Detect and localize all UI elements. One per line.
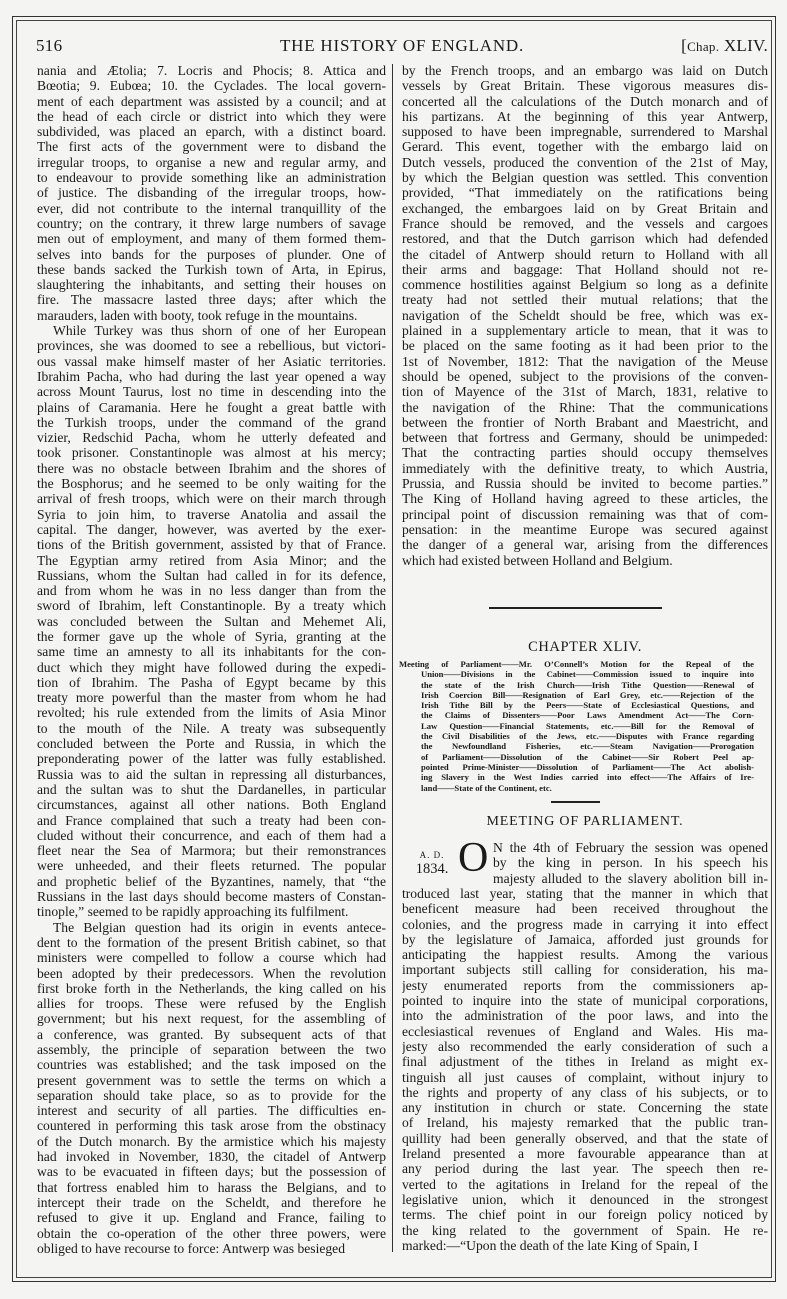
text-line: intercept their trade on the Scheldt, an… [37,1195,386,1210]
text-line: The King of Holland having agreed to the… [402,491,768,506]
synopsis-line: Meeting of Parliament——Mr. O’Connell’s M… [399,659,754,669]
opening-line: jesty enumerated reports from the commis… [402,978,768,993]
text-line: concluded between the Porte and Russia, … [37,736,386,751]
left-column: nania and Ætolia; 7. Locris and Phocis; … [37,63,386,1256]
text-line: a conference, was granted. By subsequent… [37,1027,386,1042]
text-line: plained in a supplementary article to me… [402,323,768,338]
synopsis-line: the Newfoundland Fisheries, etc.——Steam … [399,741,754,751]
chapter-reference-label: Chap. [687,39,719,54]
text-line: refused to give it up. England and Franc… [37,1210,386,1225]
text-line: preponderating power of the latter was f… [37,751,386,766]
opening-line: by the legislature of Jamaica, afforded … [402,932,768,947]
opening-line: terms. The chief point in our foreign po… [402,1207,768,1222]
text-line: dent to the formation of the present Bri… [37,935,386,950]
text-line: selves into bands for the purposes of pl… [37,247,386,262]
text-line: assembly, the principle of separation be… [37,1042,386,1057]
text-line: arrival of fresh troops, which were on t… [37,491,386,506]
text-line: be placed on the same footing as it had … [402,338,768,353]
opening-line: beneficent measure had been received thr… [402,901,768,916]
text-line: supposed to have been impregnable, surre… [402,124,768,139]
text-line: Prussia, and Russia should be invited to… [402,476,768,491]
text-line: was concluded between the Sultan and Meh… [37,614,386,629]
text-line: The first acts of the government were to… [37,139,386,154]
text-line: present government was to settle the ter… [37,1073,386,1088]
text-line: of justice. The disbanding of the irregu… [37,185,386,200]
synopsis-line: the state of the Irish Church——Irish Tit… [399,680,754,690]
text-line: treaty more powerful than the master fro… [37,690,386,705]
opening-line: marked:—“Upon the death of the late King… [402,1238,768,1253]
text-line: provided, “That immediately on the ratif… [402,185,768,200]
opening-line: any institution in church or state. Conc… [402,1100,768,1115]
paragraph: While Turkey was thus shorn of one of he… [37,323,386,920]
text-line: the Bosphorus; and he seemed to be only … [37,476,386,491]
text-line: his partizans. At the beginning of this … [402,109,768,124]
text-line: was to be evacuated in fifteen days; but… [37,1164,386,1179]
text-line: men out of employment, and many of them … [37,231,386,246]
chapter-reference: [Chap. XLIV. [681,36,768,56]
text-line: cluded without their concurrence, and ea… [37,828,386,843]
text-line: the head of each circle or district into… [37,109,386,124]
opening-lines-beside-dropcap: N the 4th of February the session was op… [493,840,768,886]
chapter-reference-number: XLIV. [719,36,768,55]
text-line: commence hostilities against Belgium so … [402,277,768,292]
opening-line: any period during the last year. The spe… [402,1161,768,1176]
opening-line: quillity had been generally observed, an… [402,1131,768,1146]
synopsis-line: ing Slavery in the West Indies carried i… [399,772,754,782]
margin-date-note: A. D. 1834. [412,848,452,876]
text-line: the Turkish troops, under the command of… [37,415,386,430]
opening-line: anticipating the happiest results. Among… [402,947,768,962]
text-line: Russians, whom the Sultan had called in … [37,568,386,583]
text-line: across Mount Taurus, lost no time in des… [37,384,386,399]
text-line: took prisoner. Constantinople was almost… [37,445,386,460]
text-line: obliged to have recourse to force: Antwe… [37,1241,386,1256]
paragraph: by the French troops, and an embargo was… [402,63,768,568]
opening-line: by the king in person. In his speech his [493,855,768,870]
text-line: While Turkey was thus shorn of one of he… [37,323,386,338]
opening-line: ecclesiastical revenues of England and W… [402,1024,768,1039]
text-line: vessels by Great Britain. These vigorous… [402,78,768,93]
text-line: restored, and that the Dutch garrison wh… [402,231,768,246]
text-line: provinces, she was doomed to see a rebel… [37,338,386,353]
text-line: marauders, laden with booty, took refuge… [37,308,386,323]
synopsis-line: Union——Divisions in the Cabinet——Commiss… [399,669,754,679]
text-line: The Egyptian army retired from Asia Mino… [37,553,386,568]
text-line: immediately with the definitive treaty, … [402,461,768,476]
text-line: pensation: in the meantime Europe was se… [402,522,768,537]
text-line: fire. The massacre lasted three days; af… [37,292,386,307]
text-line: treaty had not settled their mutual rela… [402,292,768,307]
text-line: duct which they might have followed duri… [37,660,386,675]
opening-line: colonies, and the progress made in carry… [402,917,768,932]
column-divider [392,64,393,1252]
text-line: should be opened, subject to the provisi… [402,369,768,384]
text-line: government; but his next request, for th… [37,1011,386,1026]
synopsis-end-rule [551,801,600,803]
margin-date-year: 1834. [412,862,452,876]
synopsis-line: the Claims of Dissenters——Poor Laws Amen… [399,710,754,720]
text-line: 1st of November, 1812: That the navigati… [402,354,768,369]
text-line: that fortress enabled him to harass the … [37,1180,386,1195]
text-line: Bœotia; 9. Eubœa; 10. the Cyclades. The … [37,78,386,93]
text-line: subdivided, was placed an eparch, with a… [37,124,386,139]
margin-date-era: A. D. [412,848,452,862]
text-line: Ibrahim Pacha, who had during the last y… [37,369,386,384]
text-line: The Belgian question had its origin in e… [37,920,386,935]
text-line: Russians in the last days should become … [37,889,386,904]
text-line: which had existed between Holland and Be… [402,553,768,568]
text-line: ever, did not contribute to the internal… [37,201,386,216]
text-line: were unheeded, and their fleets returned… [37,858,386,873]
text-line: sword of Ibrahim, left Constantinople. B… [37,598,386,613]
opening-line: pointed to inquire into the state of mun… [402,993,768,1008]
text-line: by the French troops, and an embargo was… [402,63,768,78]
text-line: capital. The danger, however, was averte… [37,522,386,537]
paragraph: nania and Ætolia; 7. Locris and Phocis; … [37,63,386,323]
opening-line: troduced last year, stating that the man… [402,886,768,901]
text-line: ministers were compelled to follow a cou… [37,950,386,965]
text-line: slaughtering the inhabitants, and settin… [37,277,386,292]
text-line: first broke forth in the Netherlands, th… [37,981,386,996]
text-line: Gerard. This event, together with the em… [402,139,768,154]
drop-cap: O [458,838,488,878]
text-line: tinople,” seemed to be rapidly approachi… [37,904,386,919]
chapter-title: CHAPTER XLIV. [402,639,768,656]
synopsis-line: land——State of the Continent, etc. [399,783,754,793]
text-line: to endeavour to provide something like a… [37,170,386,185]
text-line: navigation of the Scheldt should be free… [402,308,768,323]
opening-line: final adjustment of the tithes in Irelan… [402,1054,768,1069]
section-title: MEETING OF PARLIAMENT. [402,814,768,830]
text-line: the navigation of the Rhine: That the co… [402,400,768,415]
right-column: by the French troops, and an embargo was… [402,63,768,568]
synopsis-line: the Civil Disabilities of the Jews, etc.… [399,731,754,741]
text-line: separation should take place, so as to p… [37,1088,386,1103]
text-line: there was no obstacle between Ibrahim an… [37,461,386,476]
text-line: and from whom he was in no less danger t… [37,583,386,598]
text-line: been adopted by their predecessors. When… [37,966,386,981]
text-line: and France complained that such a treaty… [37,813,386,828]
text-line: revolted; his rule extended from the lim… [37,705,386,720]
text-line: these bands sacked the Turkish town of A… [37,262,386,277]
opening-line: the king related to the government of Sp… [402,1223,768,1238]
text-line: ous vassal make himself master of her As… [37,354,386,369]
text-line: the former gave up the whole of Syria, g… [37,629,386,644]
section-break-rule [489,607,662,609]
text-line: exchanged, the embargoes laid on by Grea… [402,201,768,216]
opening-line: Ireland presented a more favourable appe… [402,1146,768,1161]
text-line: between the frontier of North Brabant an… [402,415,768,430]
synopsis-line: of Parliament——Dissolution of the Cabine… [399,752,754,762]
opening-line: the rights and property of any class of … [402,1085,768,1100]
text-line: ment of each department was assisted by … [37,94,386,109]
text-line: France should be removed, and the vessel… [402,216,768,231]
opening-line: majesty alluded to the slavery abolition… [493,871,768,886]
text-line: nania and Ætolia; 7. Locris and Phocis; … [37,63,386,78]
synopsis-line: pointed Prime-Minister——Dissolution of P… [399,762,754,772]
text-line: country; on the contrary, it threw large… [37,216,386,231]
opening-line: important subjects still calling for con… [402,962,768,977]
text-line: obtain the co-operation of the other thr… [37,1226,386,1241]
text-line: Russia was to aid the sultan in repressi… [37,767,386,782]
text-line: Syria to join him, to traverse Anatolia … [37,507,386,522]
text-line: and the sultan was to shut the Dardanell… [37,782,386,797]
text-line: the danger of a general war, arising fro… [402,537,768,552]
text-line: countered in performing this task arose … [37,1118,386,1133]
synopsis-line: Law Question——Financial Statements, etc.… [399,721,754,731]
opening-line: of Ireland, his majesty remarked that th… [402,1115,768,1130]
text-line: allies for troops. These were refused by… [37,996,386,1011]
running-title: THE HISTORY OF ENGLAND. [36,36,768,56]
text-line: Dutch vessels, produced the convention o… [402,155,768,170]
paragraph: The Belgian question had its origin in e… [37,920,386,1257]
text-line: by which the Belgian question was settle… [402,170,768,185]
text-line: their arms and baggage: That Holland sho… [402,262,768,277]
opening-line: verted to the agitations in Ireland for … [402,1177,768,1192]
text-line: circumstances, against all other nations… [37,797,386,812]
chapter-synopsis: Meeting of Parliament——Mr. O’Connell’s M… [399,659,754,793]
text-line: principal point of discussion remaining … [402,507,768,522]
text-line: and prophetic belief of the Byzantines, … [37,874,386,889]
opening-lines-full: troduced last year, stating that the man… [402,886,768,1253]
text-line: tion of Mayence of the 31st of March, 18… [402,384,768,399]
synopsis-line: Irish Tithe Bill by the Peers——State of … [399,700,754,710]
running-header: 516 THE HISTORY OF ENGLAND. [Chap. XLIV. [36,36,768,58]
text-line: vizier, Redschid Pacha, whom he utterly … [37,430,386,445]
text-line: the citadel of Antwerp should return to … [402,247,768,262]
opening-line: N the 4th of February the session was op… [493,840,768,855]
text-line: tion of Ibrahim. The Pasha of Egypt beca… [37,675,386,690]
text-line: concerted all the calculations of the Du… [402,94,768,109]
text-line: That the contracting parties should occu… [402,445,768,460]
text-line: between that fortress and Germany, shoul… [402,430,768,445]
text-line: countries was established; and the task … [37,1057,386,1072]
text-line: irregular troops, to organise a new and … [37,155,386,170]
text-line: interest and security of all parties. Th… [37,1103,386,1118]
text-line: of the Dutch monarch. By the armistice w… [37,1134,386,1149]
opening-line: legislative union, which it denounced in… [402,1192,768,1207]
opening-line: jesty also recommended the early conside… [402,1039,768,1054]
text-line: to the mouth of the Nile. A treaty was s… [37,721,386,736]
opening-line: into the administration of the poor laws… [402,1008,768,1023]
synopsis-line: Irish Coercion Bill——Resignation of Earl… [399,690,754,700]
text-line: tions of the British government, assiste… [37,537,386,552]
opening-line: tinguish all just causes of complaint, w… [402,1070,768,1085]
text-line: same time an amnesty to all its inhabita… [37,644,386,659]
text-line: plains of Caramania. Here he fought a gr… [37,400,386,415]
text-line: had invoked in November, 1830, the citad… [37,1149,386,1164]
text-line: fleet near the Sea of Marmora; but their… [37,843,386,858]
